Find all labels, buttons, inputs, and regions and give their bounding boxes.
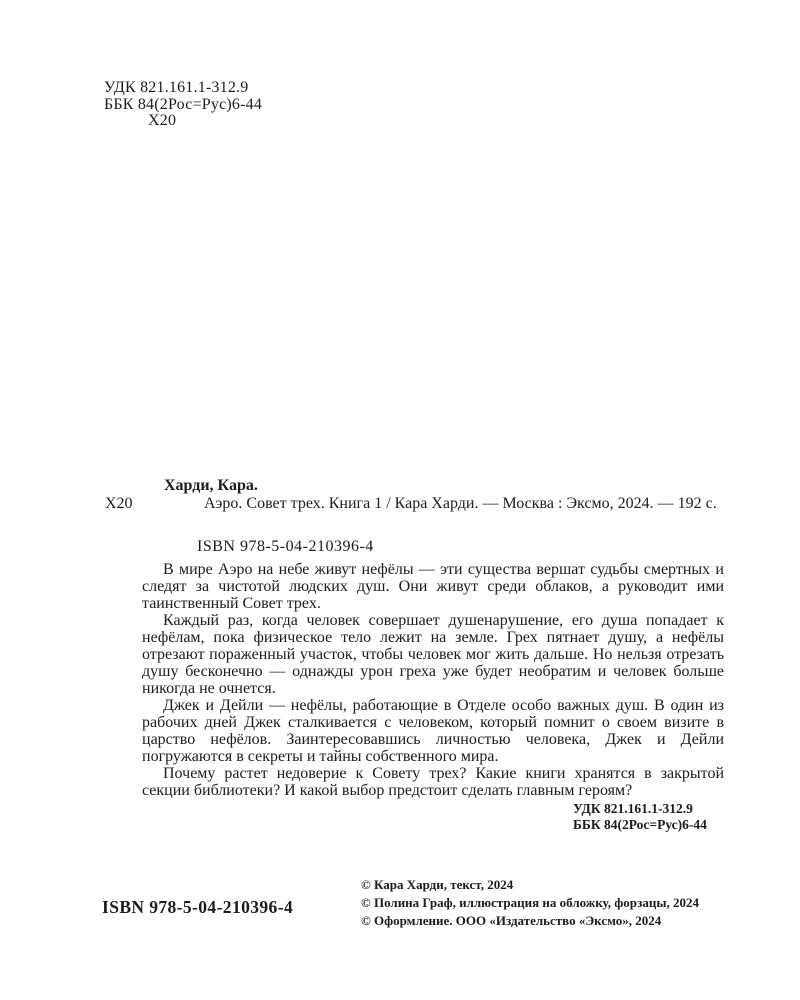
copyright-line: © Кара Харди, текст, 2024 [361,876,699,894]
footer-isbn: ISBN 978-5-04-210396-4 [102,897,293,918]
copyright-line: © Оформление. ООО «Издательство «Эксмо»,… [361,912,699,930]
top-codes-block: УДК 821.161.1-312.9 ББК 84(2Рос=Рус)6-44… [104,80,262,130]
bib-author-heading: Харди, Кара. [142,477,724,495]
udk-code-top: УДК 821.161.1-312.9 [104,80,262,97]
bbk-code-top: ББК 84(2Рос=Рус)6-44 [104,97,262,114]
bib-record-block: Харди, Кара. Х20Аэро. Совет трех. Книга … [142,477,724,512]
bib-author-sign: Х20 [105,495,133,513]
annotation-paragraph: Почему растет недоверие к Совету трех? К… [142,765,724,799]
annotation-paragraph: Каждый раз, когда человек совершает душе… [142,612,724,697]
bib-description-text: Аэро. Совет трех. Книга 1 / Кара Харди. … [204,495,717,512]
annotation-paragraph: Джек и Дейли — нефёлы, работающие в Отде… [142,697,724,765]
bottom-codes-block: УДК 821.161.1-312.9 ББК 84(2Рос=Рус)6-44 [573,801,707,832]
copyright-block: © Кара Харди, текст, 2024 © Полина Граф,… [361,876,699,931]
annotation-paragraph: В мире Аэро на небе живут нефёлы — эти с… [142,561,724,612]
author-sign-top: Х20 [104,113,262,130]
bbk-code-bottom: ББК 84(2Рос=Рус)6-44 [573,817,707,833]
bib-description: Х20Аэро. Совет трех. Книга 1 / Кара Хард… [142,495,724,513]
annotation-block: В мире Аэро на небе живут нефёлы — эти с… [142,561,724,799]
udk-code-bottom: УДК 821.161.1-312.9 [573,801,707,817]
isbn-middle: ISBN 978-5-04-210396-4 [197,538,374,556]
copyright-line: © Полина Граф, иллюстрация на обложку, ф… [361,894,699,912]
